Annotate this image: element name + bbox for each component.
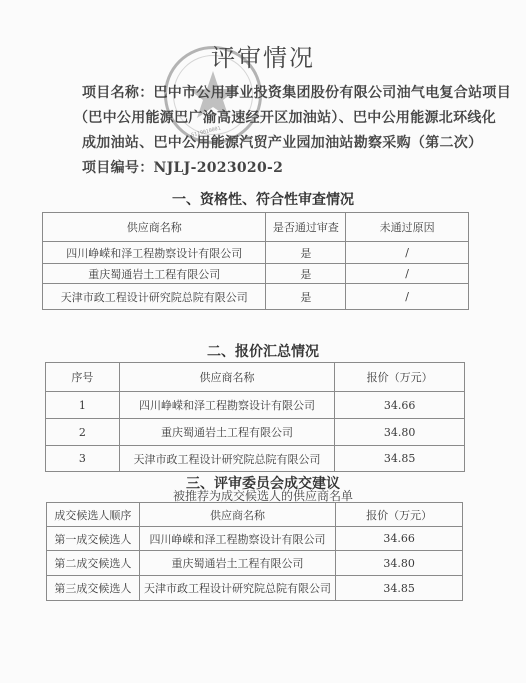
project-name-line-2: （巴中公用能源巴广渝高速经开区加油站）、巴中公用能源北环线化	[74, 107, 496, 127]
header-passed-review: 是否通过审查	[266, 213, 346, 242]
row-number: 2	[46, 419, 120, 446]
supplier-name: 四川峥嵘和泽工程勘察设计有限公司	[119, 392, 334, 419]
project-name-line-3: 成加油站、巴中公用能源汽贸产业园加油站勘察采购（第二次）	[82, 132, 482, 152]
table-row: 3 天津市政工程设计研究院总院有限公司 34.85	[46, 446, 465, 472]
document-page: 5119010001 评审情况 项目名称：巴中市公用事业投资集团股份有限公司油气…	[0, 0, 526, 683]
price-value: 34.85	[336, 576, 463, 601]
price-value: 34.80	[335, 419, 465, 446]
candidate-rank: 第三成交候选人	[47, 576, 140, 601]
reason-value: /	[346, 284, 469, 310]
supplier-name: 天津市政工程设计研究院总院有限公司	[139, 576, 335, 601]
table-row: 第二成交候选人 重庆蜀通岩土工程有限公司 34.80	[47, 551, 463, 576]
candidate-rank: 第二成交候选人	[47, 551, 140, 576]
passed-value: 是	[266, 284, 346, 310]
price-value: 34.66	[336, 527, 463, 551]
table-row: 天津市政工程设计研究院总院有限公司 是 /	[43, 284, 469, 310]
section1-heading: 一、资格性、符合性审查情况	[0, 189, 526, 209]
project-number: 项目编号：NJLJ-2023020-2	[82, 157, 283, 177]
passed-value: 是	[266, 264, 346, 284]
supplier-name: 重庆蜀通岩土工程有限公司	[139, 551, 335, 576]
project-name-line-1: 项目名称：巴中市公用事业投资集团股份有限公司油气电复合站项目	[82, 82, 511, 102]
document-title: 评审情况	[0, 38, 526, 73]
recommended-candidates-table: 成交候选人顺序 供应商名称 报价（万元） 第一成交候选人 四川峥嵘和泽工程勘察设…	[46, 502, 463, 601]
reason-value: /	[346, 264, 469, 284]
table-row: 重庆蜀通岩土工程有限公司 是 /	[43, 264, 469, 284]
table-row: 第一成交候选人 四川峥嵘和泽工程勘察设计有限公司 34.66	[47, 527, 463, 551]
header-fail-reason: 未通过原因	[346, 213, 469, 242]
header-no: 序号	[46, 363, 120, 392]
passed-value: 是	[266, 242, 346, 264]
table-header-row: 成交候选人顺序 供应商名称 报价（万元）	[47, 503, 463, 527]
table-row: 1 四川峥嵘和泽工程勘察设计有限公司 34.66	[46, 392, 465, 419]
row-number: 3	[46, 446, 120, 472]
price-value: 34.66	[335, 392, 465, 419]
header-price: 报价（万元）	[336, 503, 463, 527]
header-candidate-rank: 成交候选人顺序	[47, 503, 140, 527]
reason-value: /	[346, 242, 469, 264]
table-row: 第三成交候选人 天津市政工程设计研究院总院有限公司 34.85	[47, 576, 463, 601]
qualification-review-table: 供应商名称 是否通过审查 未通过原因 四川峥嵘和泽工程勘察设计有限公司 是 / …	[42, 212, 469, 310]
supplier-name: 天津市政工程设计研究院总院有限公司	[119, 446, 334, 472]
price-value: 34.85	[335, 446, 465, 472]
price-summary-table: 序号 供应商名称 报价（万元） 1 四川峥嵘和泽工程勘察设计有限公司 34.66…	[45, 362, 465, 472]
supplier-name: 天津市政工程设计研究院总院有限公司	[43, 284, 266, 310]
header-price: 报价（万元）	[335, 363, 465, 392]
header-supplier-name: 供应商名称	[139, 503, 335, 527]
candidate-rank: 第一成交候选人	[47, 527, 140, 551]
row-number: 1	[46, 392, 120, 419]
supplier-name: 四川峥嵘和泽工程勘察设计有限公司	[43, 242, 266, 264]
supplier-name: 重庆蜀通岩土工程有限公司	[119, 419, 334, 446]
header-supplier-name: 供应商名称	[43, 213, 266, 242]
header-supplier-name: 供应商名称	[119, 363, 334, 392]
table-header-row: 序号 供应商名称 报价（万元）	[46, 363, 465, 392]
price-value: 34.80	[336, 551, 463, 576]
section2-heading: 二、报价汇总情况	[0, 341, 526, 361]
table-header-row: 供应商名称 是否通过审查 未通过原因	[43, 213, 469, 242]
supplier-name: 四川峥嵘和泽工程勘察设计有限公司	[139, 527, 335, 551]
table-row: 2 重庆蜀通岩土工程有限公司 34.80	[46, 419, 465, 446]
supplier-name: 重庆蜀通岩土工程有限公司	[43, 264, 266, 284]
table-row: 四川峥嵘和泽工程勘察设计有限公司 是 /	[43, 242, 469, 264]
